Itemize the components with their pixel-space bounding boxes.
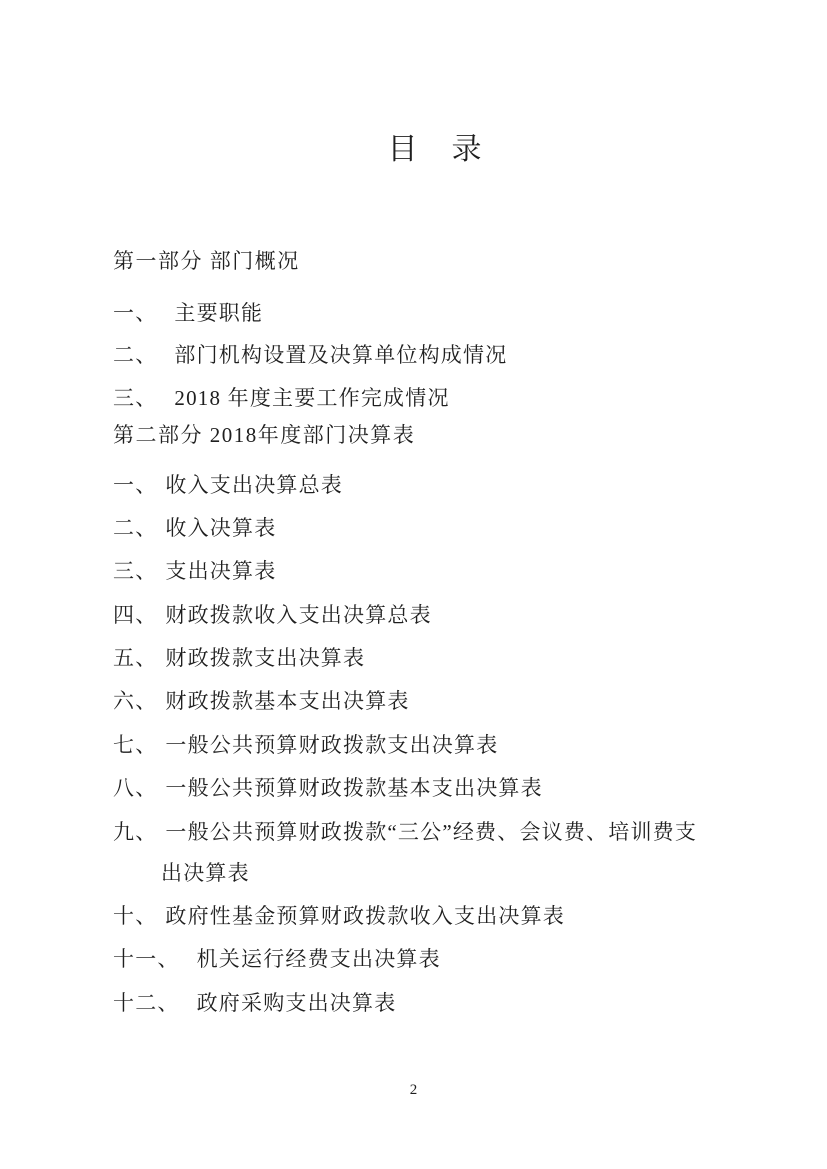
toc-entry: 七、一般公共预算财政拨款支出决算表: [113, 730, 498, 760]
toc-entry-number: 三、: [113, 383, 157, 413]
toc-entry: 十一、机关运行经费支出决算表: [113, 944, 441, 974]
toc-entry: 二、收入决算表: [113, 513, 276, 543]
toc-entry: 一、主要职能: [113, 298, 263, 328]
toc-entry-text: 财政拨款基本支出决算表: [165, 689, 409, 713]
toc-entry-number: 二、: [113, 340, 157, 370]
toc-entry-text: 主要职能: [174, 301, 263, 325]
toc-entry-text: 财政拨款支出决算表: [165, 646, 365, 670]
document-page: 目 录 第一部分 部门概况 一、主要职能 二、部门机构设置及决算单位构成情况 三…: [0, 0, 827, 1169]
toc-entry-number: 六、: [113, 686, 157, 716]
toc-entry-text: 机关运行经费支出决算表: [197, 947, 441, 971]
toc-entry-text: 政府性基金预算财政拨款收入支出决算表: [165, 904, 565, 928]
toc-entry-text: 一般公共预算财政拨款基本支出决算表: [165, 776, 542, 800]
toc-entry-number: 二、: [113, 513, 157, 543]
toc-entry: 十二、政府采购支出决算表: [113, 988, 396, 1018]
page-number: 2: [0, 1082, 827, 1099]
toc-entry-text: 政府采购支出决算表: [197, 991, 397, 1015]
toc-entry: 一、收入支出决算总表: [113, 470, 343, 500]
toc-entry-number: 九、: [113, 817, 157, 847]
toc-entry-text: 收入决算表: [165, 516, 276, 540]
document-title: 目 录: [0, 124, 827, 168]
toc-entry: 八、一般公共预算财政拨款基本支出决算表: [113, 773, 543, 803]
toc-entry: 十、政府性基金预算财政拨款收入支出决算表: [113, 901, 565, 931]
toc-entry-number: 一、: [113, 470, 157, 500]
toc-entry: 四、财政拨款收入支出决算总表: [113, 600, 432, 630]
toc-entry-text: 一般公共预算财政拨款“三公”经费、会议费、培训费支: [165, 820, 697, 844]
toc-entry: 三、支出决算表: [113, 556, 276, 586]
section-heading-part1: 第一部分 部门概况: [113, 246, 300, 276]
toc-entry: 六、财政拨款基本支出决算表: [113, 686, 410, 716]
toc-entry-number: 十二、: [113, 988, 180, 1018]
toc-entry-number: 五、: [113, 643, 157, 673]
toc-entry-number: 七、: [113, 730, 157, 760]
toc-entry-text: 财政拨款收入支出决算总表: [165, 603, 431, 627]
toc-entry: 二、部门机构设置及决算单位构成情况: [113, 340, 507, 370]
toc-entry-number: 十一、: [113, 944, 180, 974]
toc-entry-text: 支出决算表: [165, 559, 276, 583]
toc-entry-text: 2018 年度主要工作完成情况: [174, 386, 449, 410]
toc-entry-number: 四、: [113, 600, 157, 630]
toc-entry-text: 收入支出决算总表: [165, 473, 343, 497]
toc-entry: 五、财政拨款支出决算表: [113, 643, 365, 673]
toc-entry: 九、一般公共预算财政拨款“三公”经费、会议费、培训费支: [113, 817, 697, 847]
toc-entry-text: 部门机构设置及决算单位构成情况: [174, 343, 507, 367]
toc-entry-number: 十、: [113, 901, 157, 931]
toc-entry: 三、2018 年度主要工作完成情况: [113, 383, 450, 413]
toc-entry-number: 一、: [113, 298, 157, 328]
section-heading-part2: 第二部分 2018年度部门决算表: [113, 420, 415, 450]
toc-entry-continuation: 出决算表: [161, 858, 250, 888]
toc-entry-text: 一般公共预算财政拨款支出决算表: [165, 733, 498, 757]
toc-entry-number: 三、: [113, 556, 157, 586]
toc-entry-number: 八、: [113, 773, 157, 803]
